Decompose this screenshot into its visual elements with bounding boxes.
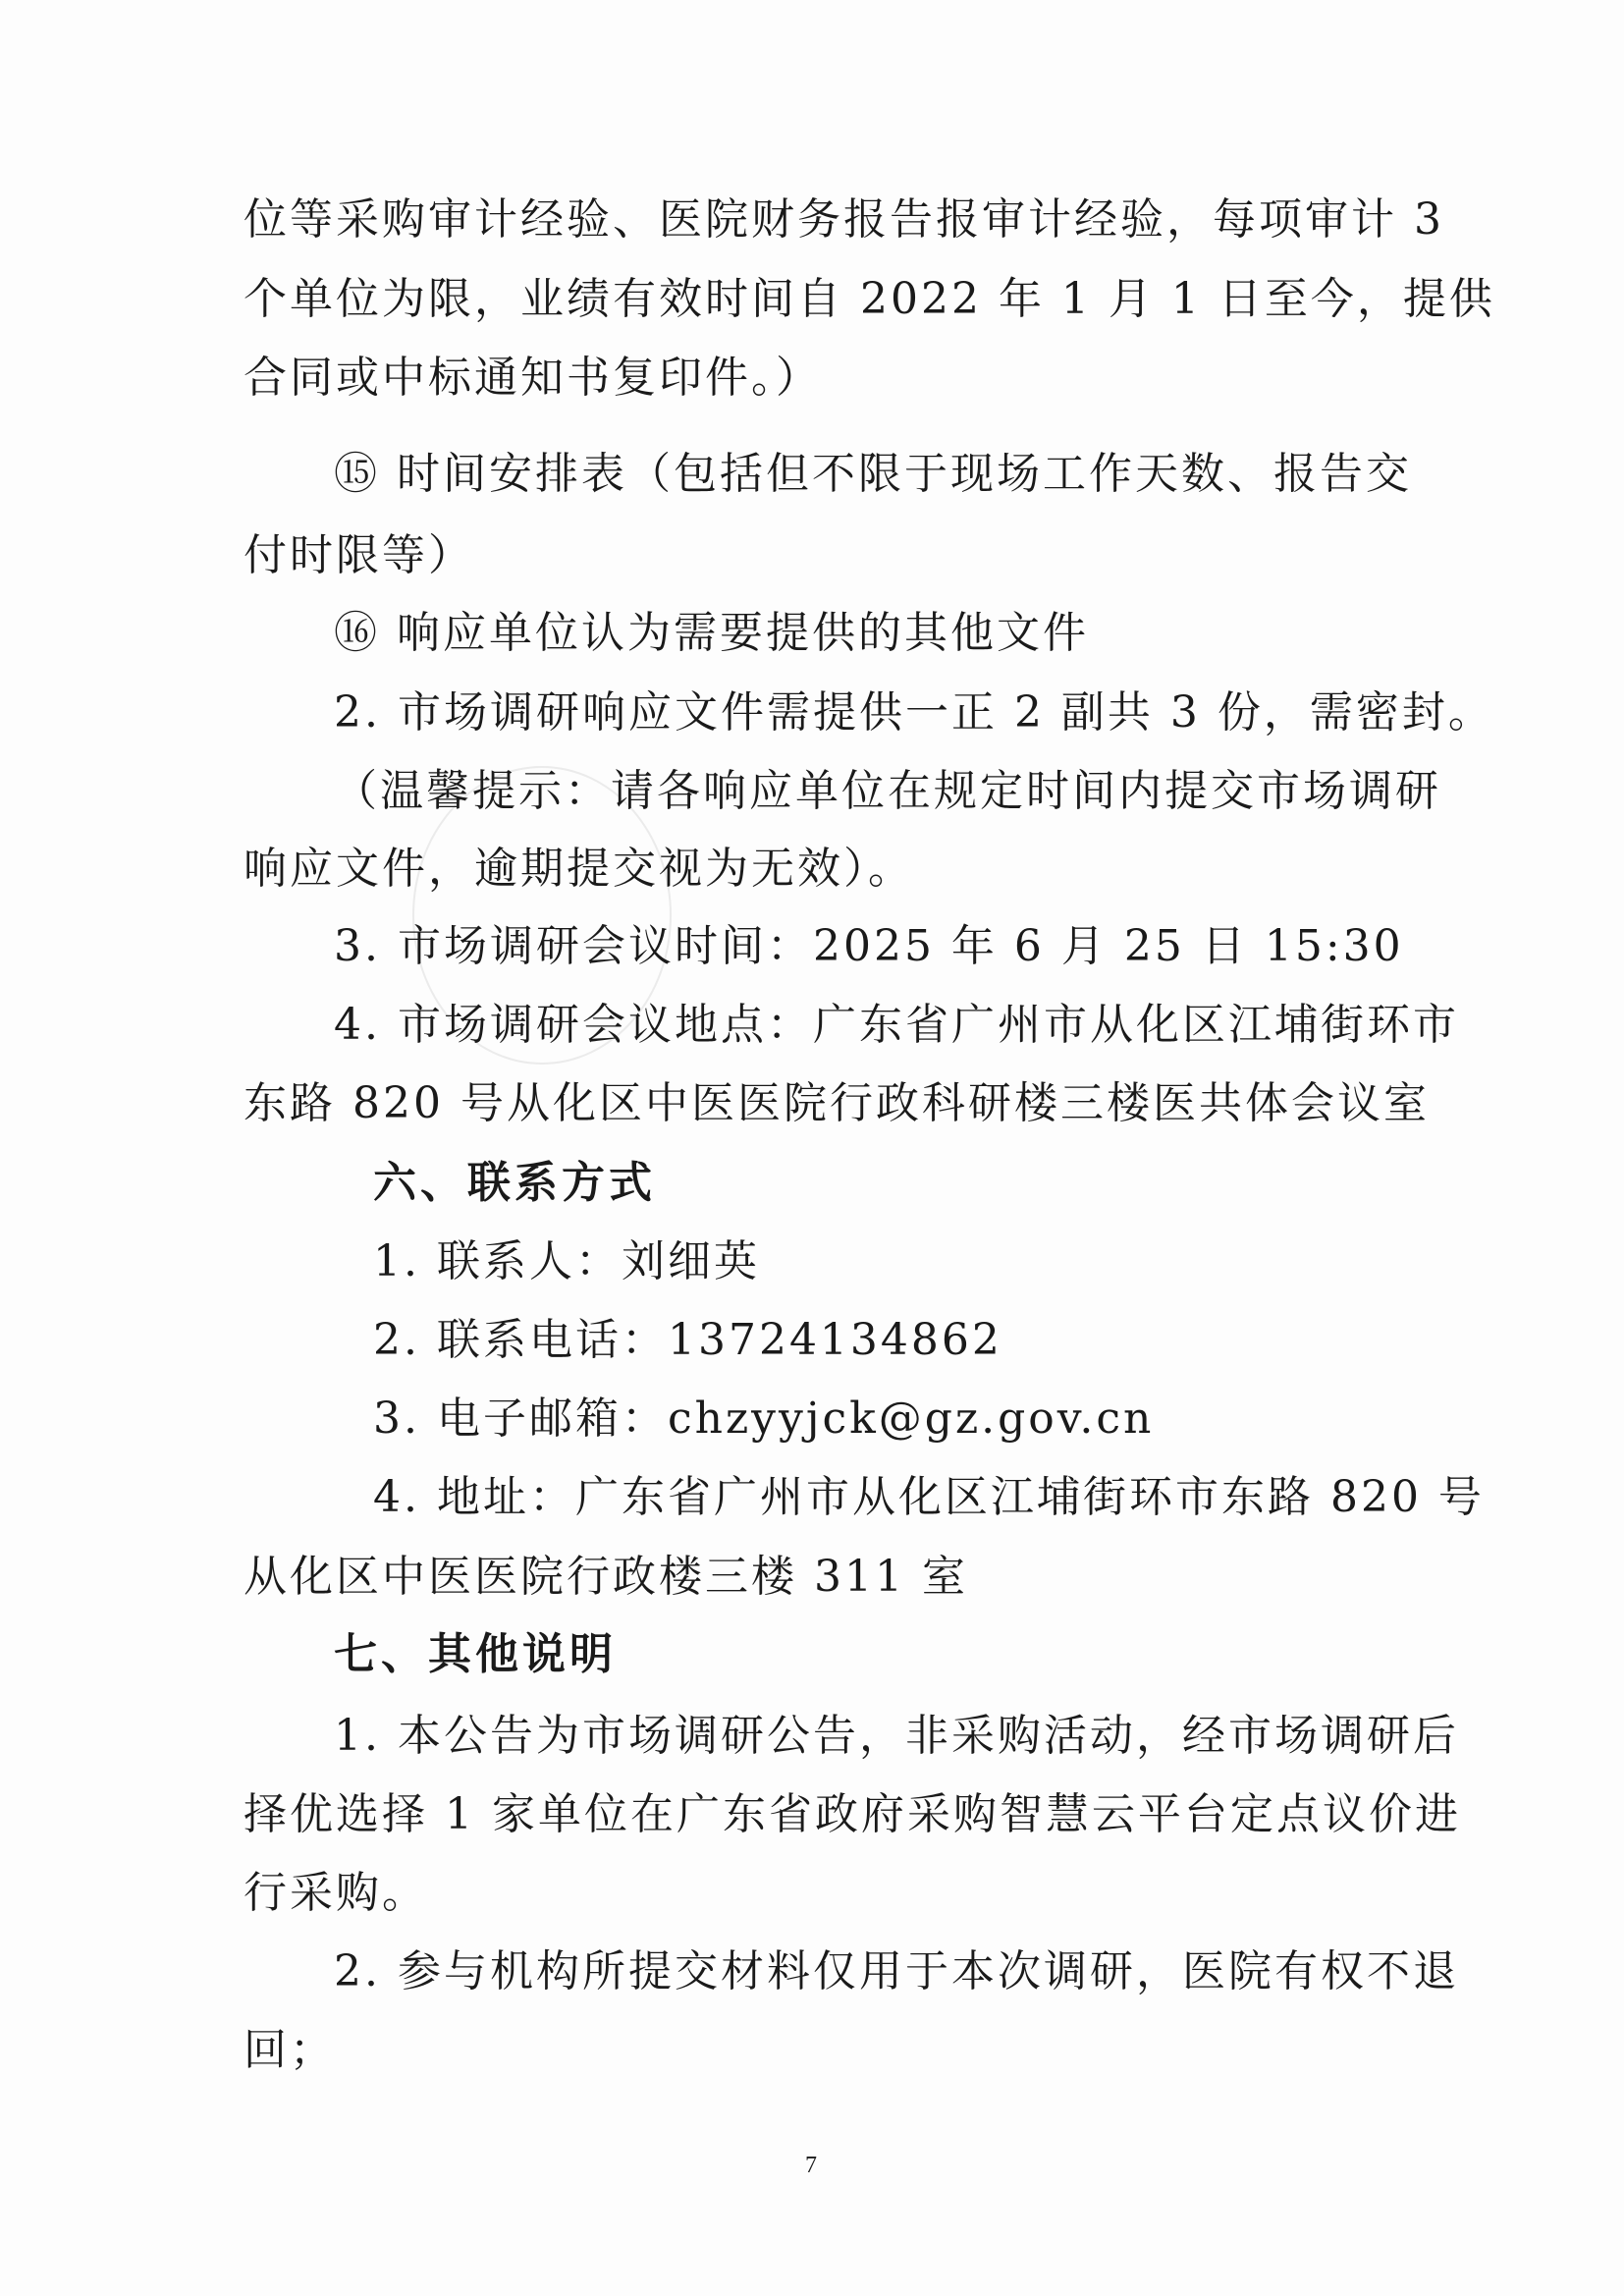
list-item-16: ⑯ 响应单位认为需要提供的其他文件 [334,606,1089,661]
contact-address: 4. 地址：广东省广州市从化区江埔街环市东路 820 号 [373,1470,1485,1525]
meeting-time: 3. 市场调研会议时间：2025 年 6 月 25 日 15:30 [334,919,1404,974]
meeting-location: 4. 市场调研会议地点：广东省广州市从化区江埔街环市 [334,998,1459,1053]
contact-email: 3. 电子邮箱：chzyyjck@gz.gov.cn [373,1392,1154,1447]
body-line: 个单位为限，业绩有效时间自 2022 年 1 月 1 日至今，提供 [244,272,1495,327]
body-line: 行采购。 [244,1866,428,1921]
body-line: 付时限等） [244,528,474,583]
body-line: 回； [244,2023,336,2078]
body-line: 1. 本公告为市场调研公告，非采购活动，经市场调研后 [334,1709,1459,1764]
body-line: 择优选择 1 家单位在广东省政府采购智慧云平台定点议价进 [244,1787,1461,1842]
notice-tip: （温馨提示：请各响应单位在规定时间内提交市场调研 [334,764,1441,819]
page-number: 7 [805,2153,817,2179]
body-line: 位等采购审计经验、医院财务报告报审计经验，每项审计 3 [244,192,1444,247]
body-line: 2. 市场调研响应文件需提供一正 2 副共 3 份，需密封。 [334,685,1494,740]
contact-phone: 2. 联系电话：13724134862 [373,1313,1002,1368]
body-line: 东路 820 号从化区中医医院行政科研楼三楼医共体会议室 [244,1076,1430,1131]
contact-person: 1. 联系人：刘细英 [373,1234,760,1289]
contact-address-continued: 从化区中医医院行政楼三楼 311 室 [244,1550,968,1605]
body-line: 合同或中标通知书复印件。） [244,351,822,406]
section-heading-other: 七、其他说明 [334,1627,617,1682]
body-line: 响应文件，逾期提交视为无效）。 [244,842,914,897]
body-line: 2. 参与机构所提交材料仅用于本次调研，医院有权不退 [334,1944,1459,1999]
list-item-15: ⑮ 时间安排表（包括但不限于现场工作天数、报告交 [334,447,1412,502]
document-page: 位等采购审计经验、医院财务报告报审计经验，每项审计 3 个单位为限，业绩有效时间… [0,0,1624,2296]
section-heading-contact: 六、联系方式 [373,1156,656,1211]
